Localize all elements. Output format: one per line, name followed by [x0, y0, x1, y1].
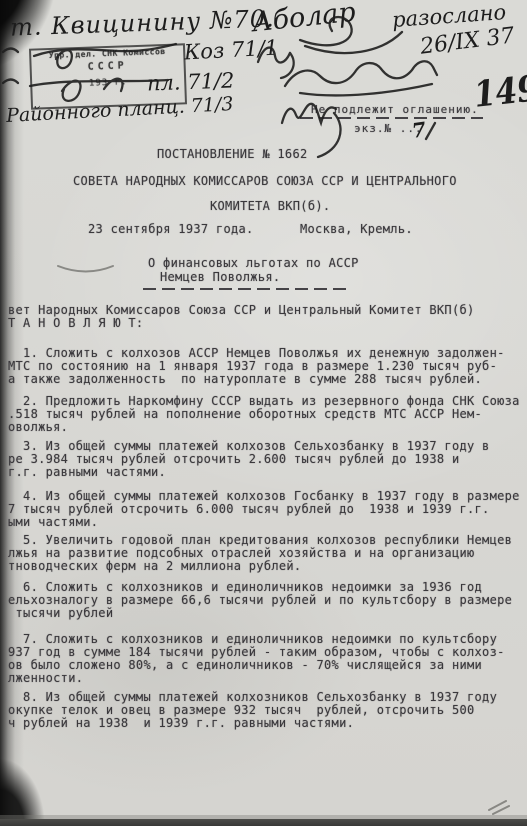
scan-bottom-edge	[0, 819, 527, 826]
decree-place: Москва, Кремль.	[300, 222, 413, 236]
handwritten-name: Аболар	[251, 0, 357, 38]
decree-title: ПОСТАНОВЛЕНИЕ № 1662	[157, 147, 308, 161]
preamble: вет Народных Комиссаров Союза ССР и Цент…	[8, 304, 475, 330]
handwritten-routing-1: Коз 71/1	[183, 36, 278, 65]
subject-line1: О финансовых льготах по АССР	[148, 256, 359, 270]
handwritten-addressee: т. Квицинину №70.	[10, 4, 276, 41]
classification-notice: Не подлежит оглашению.	[311, 103, 479, 116]
decree-item-7: 7. Сложить с колхозников и единоличников…	[8, 633, 505, 685]
decree-date: 23 сентября 1937 года.	[88, 222, 254, 236]
subject-line2: Немцев Поволжья.	[160, 270, 280, 284]
document-page: Упр. дел. СНК Комиссов СССР 193 г. т. Кв…	[0, 0, 527, 826]
decree-item-5: 5. Увеличить годовой план кредитования к…	[8, 534, 512, 573]
decree-item-2: 2. Предложить Наркомфину СССР выдать из …	[8, 395, 520, 434]
decree-item-1: 1. Сложить с колхозов АССР Немцев Поволж…	[8, 347, 505, 386]
subject-underline	[143, 288, 348, 290]
decree-org-line2: КОМИТЕТА ВКП(б).	[210, 199, 330, 213]
decree-item-4: 4. Из общей суммы платежей колхозов Госб…	[8, 490, 520, 529]
handwritten-page-number: 149	[472, 68, 527, 116]
decree-org-line1: СОВЕТА НАРОДНЫХ КОМИССАРОВ СОЮЗА ССР И Ц…	[73, 174, 457, 188]
decree-item-8: 8. Из общей суммы платежей колхозников С…	[8, 691, 497, 730]
handwritten-routing-2: пл. 71/2	[147, 68, 235, 95]
classification-underline	[300, 117, 483, 119]
copy-number-label: экз.№ ...	[354, 122, 423, 135]
decree-item-3: 3. Из общей суммы платежей колхозов Сель…	[8, 440, 490, 479]
decree-item-6: 6. Сложить с колхозников и единоличников…	[8, 581, 512, 620]
